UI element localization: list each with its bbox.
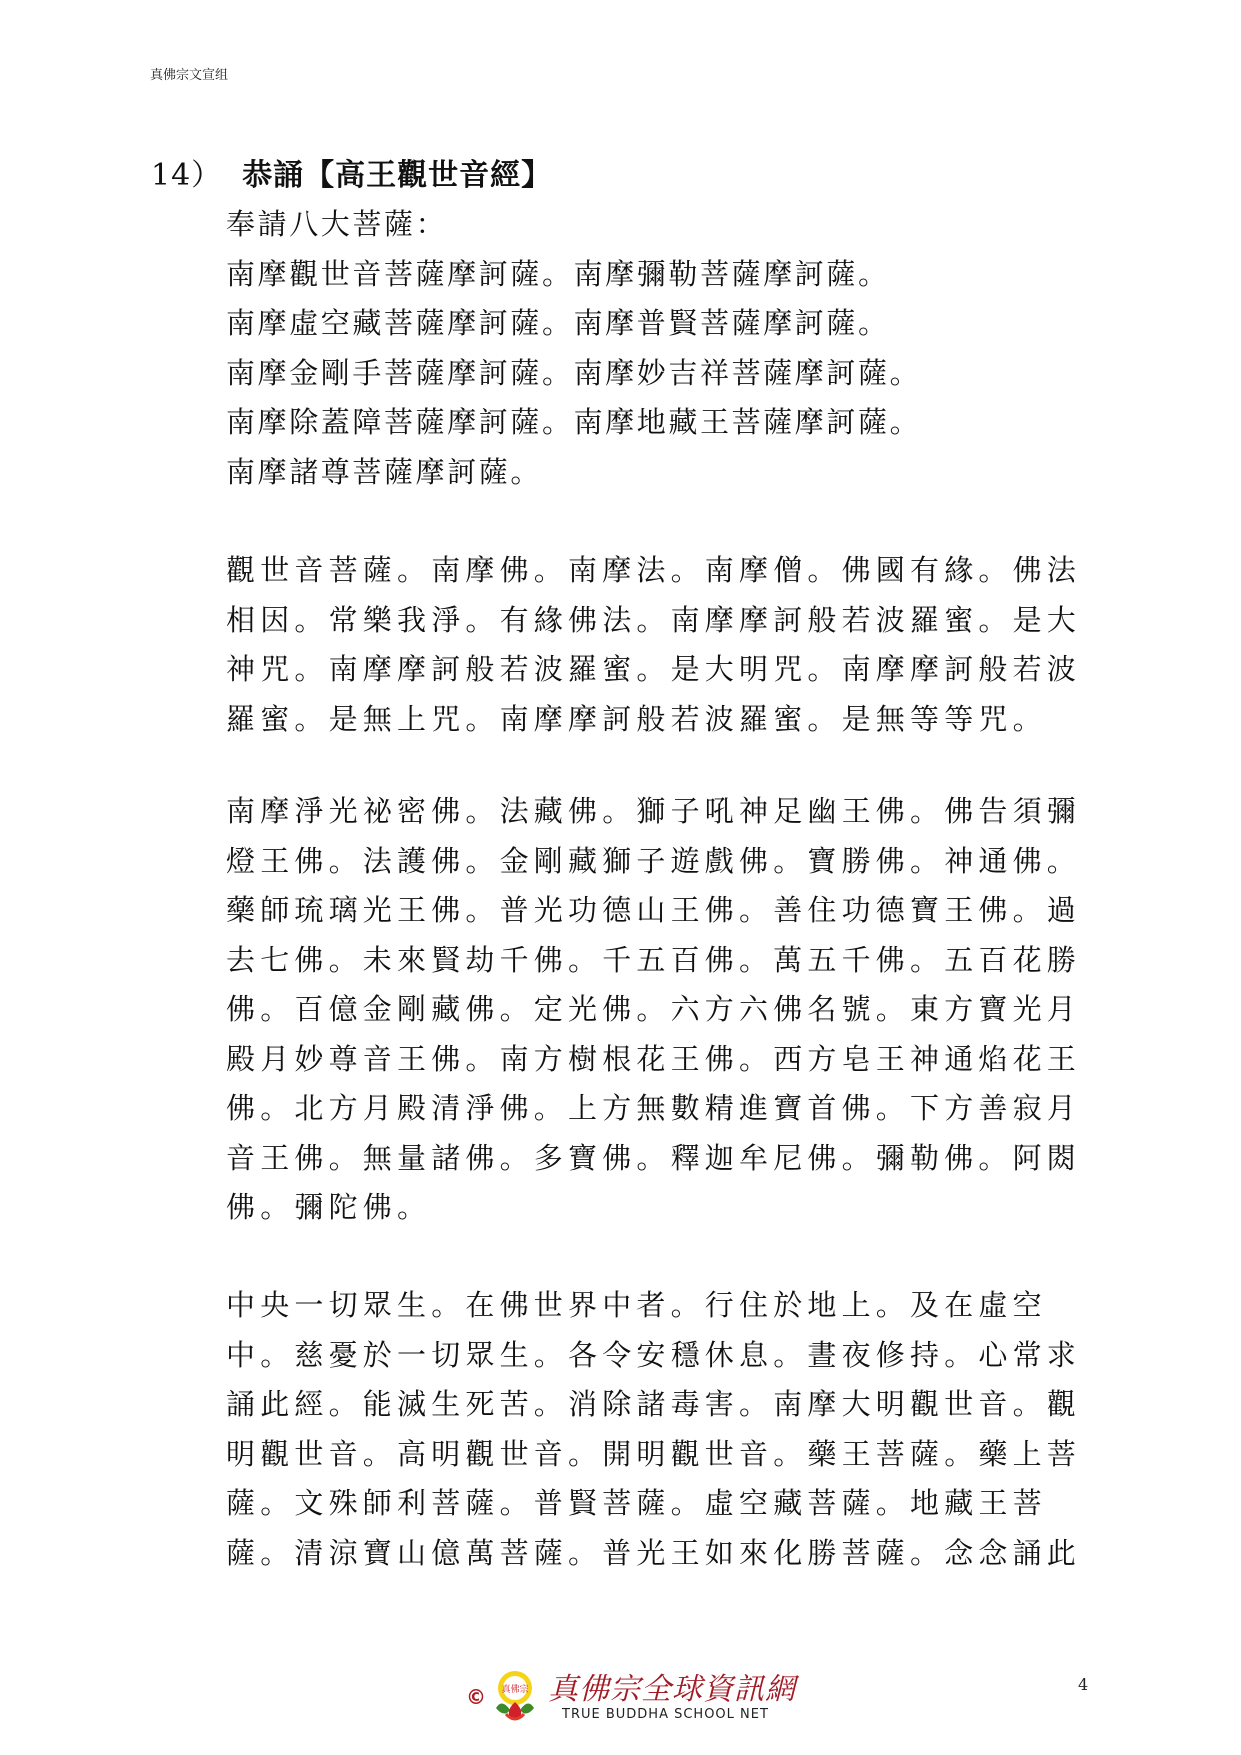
- invocation-line: 南摩諸尊菩薩摩訶薩。: [226, 448, 1096, 498]
- paragraph-line: 去七佛。未來賢劫千佛。千五百佛。萬五千佛。五百花勝: [226, 936, 1092, 986]
- lotus-emblem-icon: 真佛宗: [492, 1670, 538, 1724]
- invocation-intro: 奉請八大菩薩：: [226, 200, 1096, 250]
- invocation-line: 南摩觀世音菩薩摩訶薩。南摩彌勒菩薩摩訶薩。: [226, 250, 1096, 300]
- paragraph-line: 燈王佛。法護佛。金剛藏獅子遊戲佛。寶勝佛。神通佛。: [226, 837, 1092, 887]
- paragraph-line: 誦此經。能滅生死苦。消除諸毒害。南摩大明觀世音。觀: [226, 1380, 1092, 1430]
- paragraph-line: 中。慈憂於一切眾生。各令安穩休息。晝夜修持。心常求: [226, 1331, 1092, 1381]
- paragraph-line: 殿月妙尊音王佛。南方樹根花王佛。西方皂王神通焰花王: [226, 1035, 1092, 1085]
- svg-text:真佛宗: 真佛宗: [501, 1683, 528, 1695]
- section-number: 14）: [151, 158, 222, 193]
- paragraph-line: 佛。北方月殿清淨佛。上方無數精進寶首佛。下方善寂月: [226, 1084, 1092, 1134]
- paragraph-line: 羅蜜。是無上咒。南摩摩訶般若波羅蜜。是無等等咒。: [226, 695, 1092, 745]
- invocation-line: 南摩虛空藏菩薩摩訶薩。南摩普賢菩薩摩訶薩。: [226, 299, 1096, 349]
- paragraph-line: 神咒。南摩摩訶般若波羅蜜。是大明咒。南摩摩訶般若波: [226, 645, 1092, 695]
- footer-logo: © 真佛宗 真佛宗全球資訊網 TRUE BUDDHA SCHOOL NET: [466, 1670, 796, 1724]
- invocation-line: 南摩金剛手菩薩摩訶薩。南摩妙吉祥菩薩摩訶薩。: [226, 349, 1096, 399]
- paragraph-line: 佛。百億金剛藏佛。定光佛。六方六佛名號。東方寶光月: [226, 985, 1092, 1035]
- paragraph-line: 明觀世音。高明觀世音。開明觀世音。藥王菩薩。藥上菩: [226, 1430, 1092, 1480]
- paragraph-line: 佛。彌陀佛。: [226, 1183, 1092, 1233]
- invocation-line: 南摩除蓋障菩薩摩訶薩。南摩地藏王菩薩摩訶薩。: [226, 398, 1096, 448]
- paragraph-2: 南摩淨光祕密佛。法藏佛。獅子吼神足幽王佛。佛告須彌 燈王佛。法護佛。金剛藏獅子遊…: [226, 787, 1092, 1233]
- paragraph-line: 中央一切眾生。在佛世界中者。行住於地上。及在虛空: [226, 1281, 1092, 1331]
- header-label: 真佛宗文宣组: [150, 64, 228, 83]
- paragraph-1: 觀世音菩薩。南摩佛。南摩法。南摩僧。佛國有緣。佛法 相因。常樂我淨。有緣佛法。南…: [226, 546, 1092, 744]
- copyright-icon: ©: [466, 1685, 486, 1709]
- invocation-block: 奉請八大菩薩： 南摩觀世音菩薩摩訶薩。南摩彌勒菩薩摩訶薩。 南摩虛空藏菩薩摩訶薩…: [226, 200, 1096, 497]
- paragraph-3: 中央一切眾生。在佛世界中者。行住於地上。及在虛空 中。慈憂於一切眾生。各令安穩休…: [226, 1281, 1092, 1578]
- section-title-text: 恭誦【高王觀世音經】: [242, 158, 552, 193]
- logo-chinese-text: 真佛宗全球資訊網: [548, 1673, 796, 1707]
- page-number: 4: [1078, 1675, 1088, 1694]
- paragraph-line: 觀世音菩薩。南摩佛。南摩法。南摩僧。佛國有緣。佛法: [226, 546, 1092, 596]
- paragraph-line: 南摩淨光祕密佛。法藏佛。獅子吼神足幽王佛。佛告須彌: [226, 787, 1092, 837]
- paragraph-line: 相因。常樂我淨。有緣佛法。南摩摩訶般若波羅蜜。是大: [226, 596, 1092, 646]
- section-title: 14）恭誦【高王觀世音經】: [151, 150, 552, 194]
- paragraph-line: 藥師琉璃光王佛。普光功德山王佛。善住功德寶王佛。過: [226, 886, 1092, 936]
- paragraph-line: 薩。文殊師利菩薩。普賢菩薩。虛空藏菩薩。地藏王菩: [226, 1479, 1092, 1529]
- paragraph-line: 薩。清涼寶山億萬菩薩。普光王如來化勝菩薩。念念誦此: [226, 1529, 1092, 1579]
- logo-english-text: TRUE BUDDHA SCHOOL NET: [562, 1707, 796, 1722]
- paragraph-line: 音王佛。無量諸佛。多寶佛。釋迦牟尼佛。彌勒佛。阿閦: [226, 1134, 1092, 1184]
